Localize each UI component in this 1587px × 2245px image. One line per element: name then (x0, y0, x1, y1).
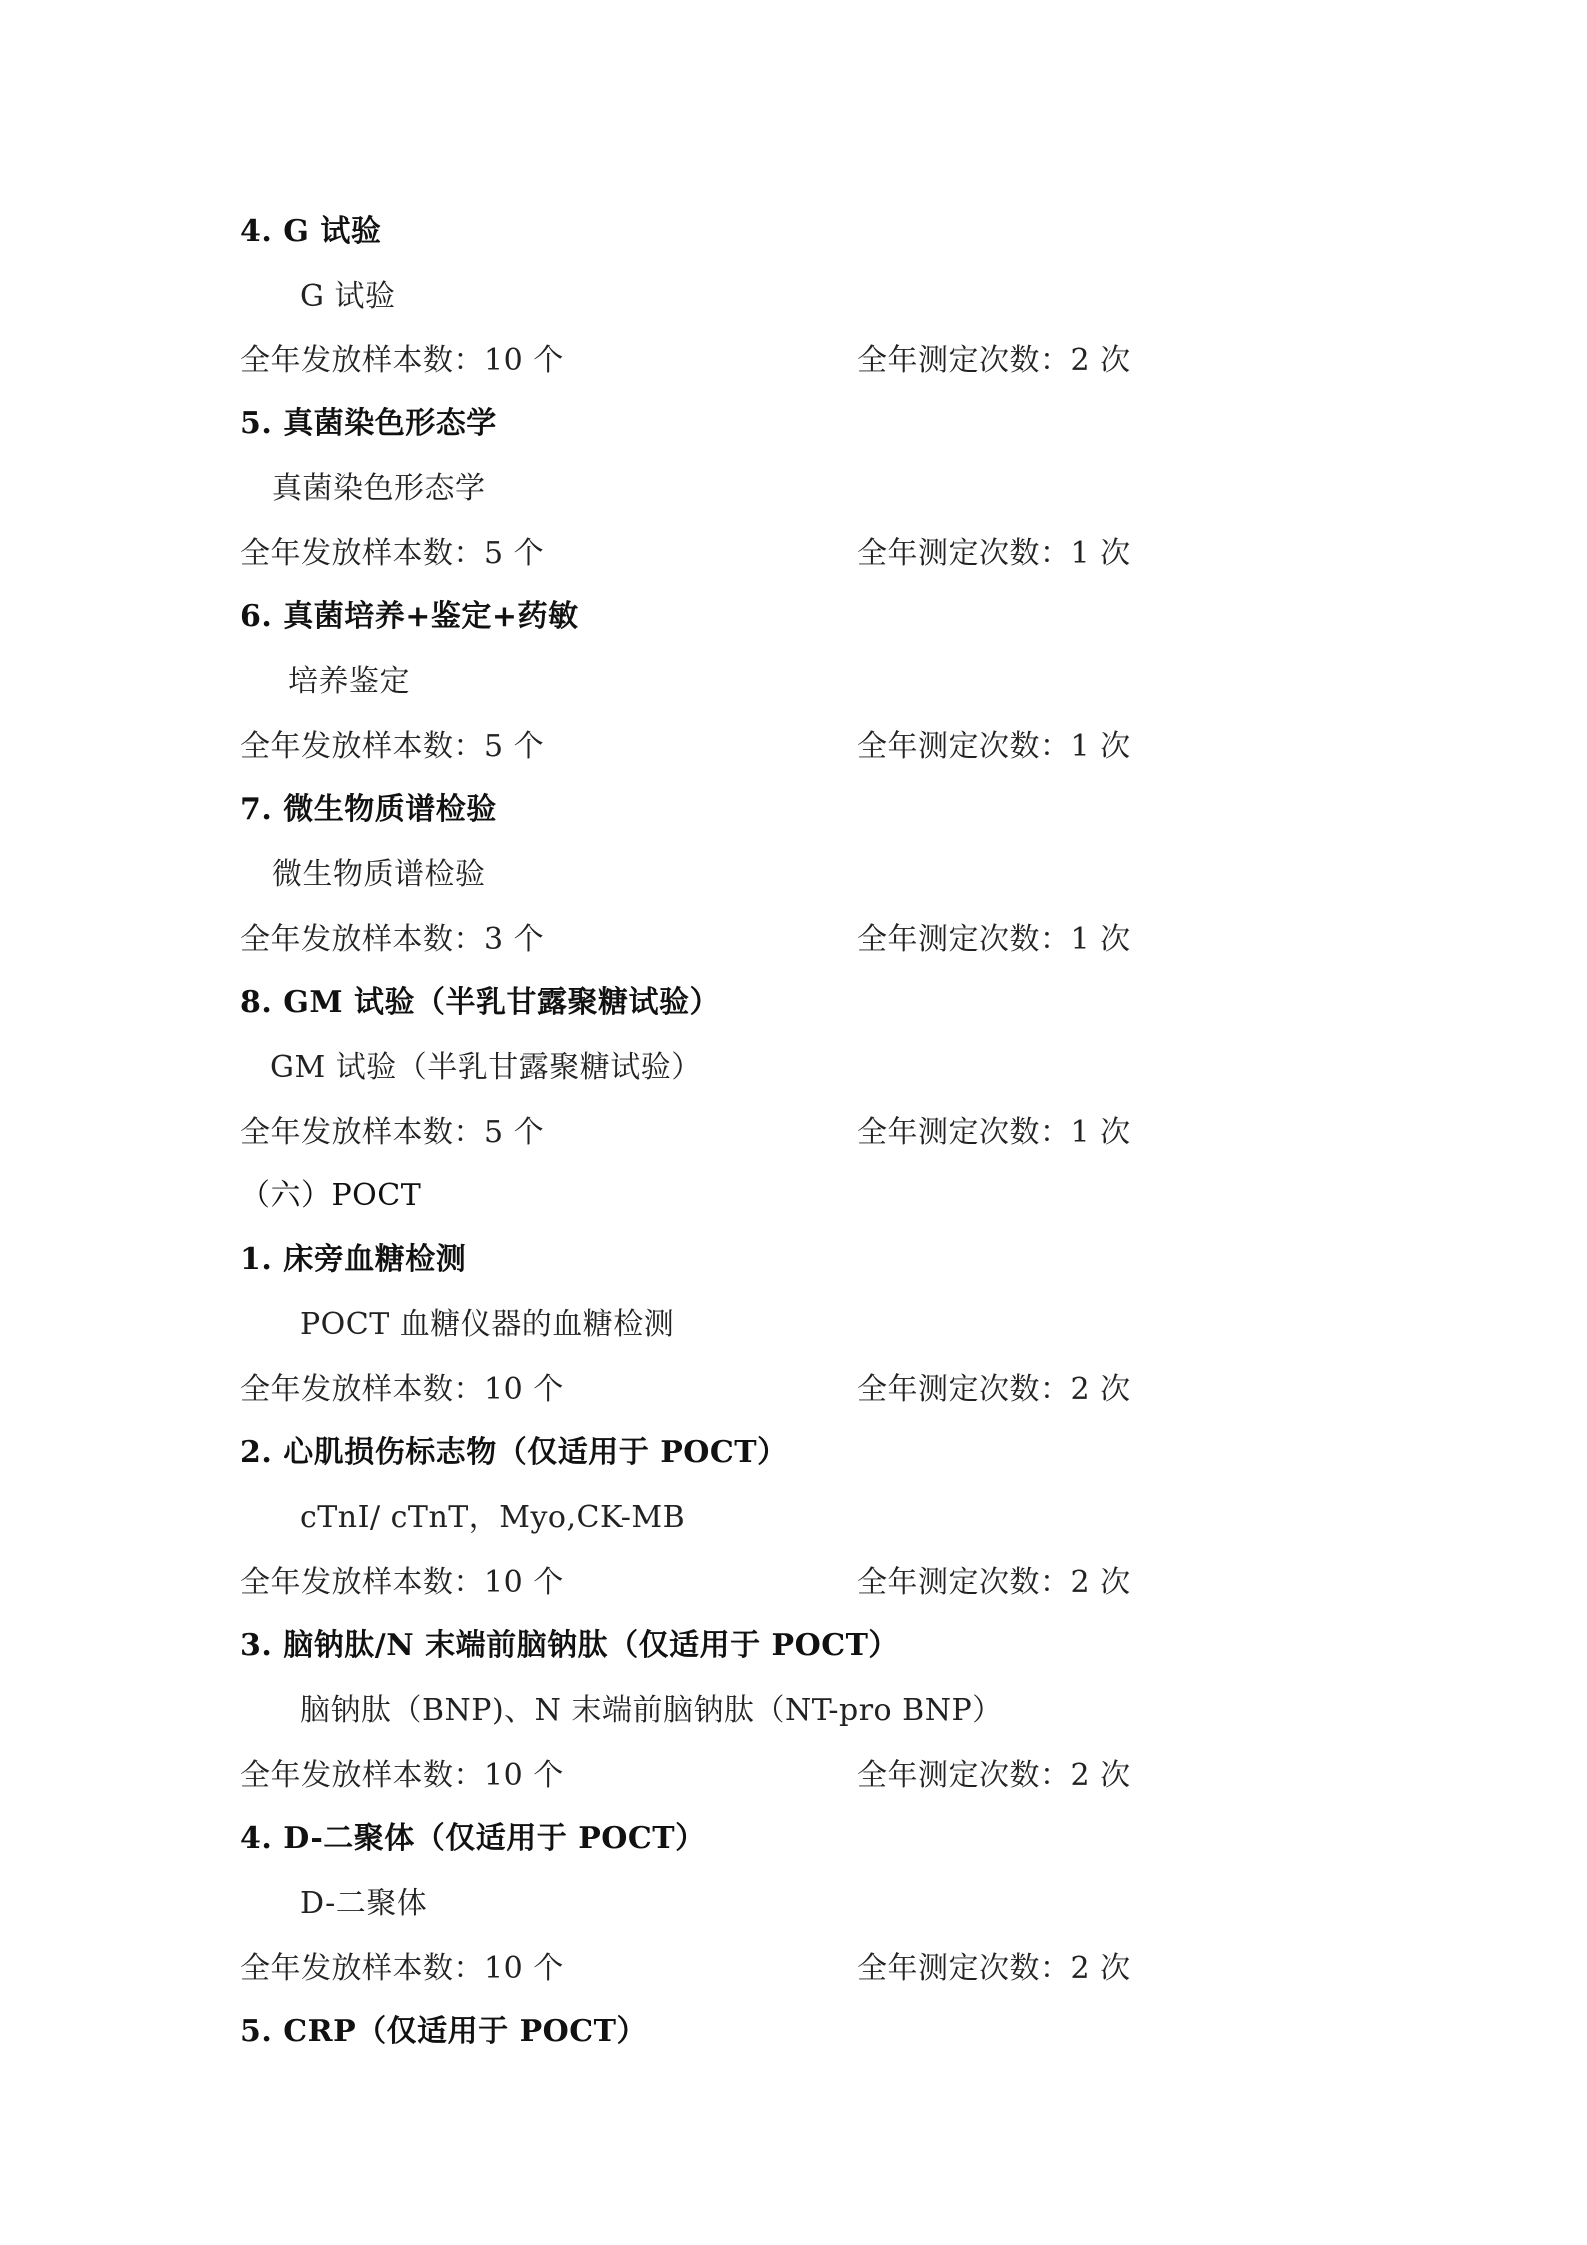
annual-samples: 全年发放样本数：5 个 (240, 534, 544, 574)
annual-samples: 全年发放样本数：10 个 (240, 341, 564, 381)
annual-samples: 全年发放样本数：10 个 (240, 1949, 564, 1989)
annual-tests: 全年测定次数：2 次 (857, 1370, 1131, 1410)
item-description-mass-spec: 微生物质谱检验 (272, 855, 486, 895)
item-heading-cardiac-markers: 2. 心肌损伤标志物（仅适用于 POCT） (240, 1433, 788, 1473)
annual-tests: 全年测定次数：1 次 (857, 727, 1131, 767)
annual-samples: 全年发放样本数：3 个 (240, 920, 544, 960)
item-description-fungal-culture: 培养鉴定 (288, 662, 410, 702)
annual-samples: 全年发放样本数：10 个 (240, 1563, 564, 1603)
annual-tests: 全年测定次数：2 次 (857, 1563, 1131, 1603)
item-heading-gm-test: 8. GM 试验（半乳甘露聚糖试验） (240, 983, 720, 1023)
annual-samples: 全年发放样本数：10 个 (240, 1370, 564, 1410)
annual-samples: 全年发放样本数：5 个 (240, 1113, 544, 1153)
annual-tests: 全年测定次数：2 次 (857, 1949, 1131, 1989)
item-heading-g-test: 4. G 试验 (240, 212, 381, 252)
document-page: 4. G 试验 G 试验 全年发放样本数：10 个 全年测定次数：2 次 5. … (0, 0, 1587, 2245)
item-stats-g-test: 全年发放样本数：10 个 全年测定次数：2 次 (240, 341, 1240, 381)
annual-samples: 全年发放样本数：10 个 (240, 1756, 564, 1796)
item-description-g-test: G 试验 (300, 277, 396, 317)
item-description-gm-test: GM 试验（半乳甘露聚糖试验） (270, 1048, 702, 1088)
annual-tests: 全年测定次数：2 次 (857, 341, 1131, 381)
annual-tests: 全年测定次数：1 次 (857, 534, 1131, 574)
item-heading-mass-spec: 7. 微生物质谱检验 (240, 790, 497, 830)
item-stats-mass-spec: 全年发放样本数：3 个 全年测定次数：1 次 (240, 920, 1240, 960)
item-description-cardiac-markers: cTnI/ cTnT，Myo,CK-MB (300, 1498, 685, 1538)
item-description-bedside-glucose: POCT 血糖仪器的血糖检测 (300, 1305, 674, 1345)
item-stats-gm-test: 全年发放样本数：5 个 全年测定次数：1 次 (240, 1113, 1240, 1153)
item-description-bnp: 脑钠肽（BNP)、N 末端前脑钠肽（NT-pro BNP） (300, 1691, 1003, 1731)
item-heading-bnp: 3. 脑钠肽/N 末端前脑钠肽（仅适用于 POCT） (240, 1626, 899, 1666)
item-stats-d-dimer: 全年发放样本数：10 个 全年测定次数：2 次 (240, 1949, 1240, 1989)
section-heading-poct: （六）POCT (240, 1176, 421, 1216)
item-stats-fungal-culture: 全年发放样本数：5 个 全年测定次数：1 次 (240, 727, 1240, 767)
annual-samples: 全年发放样本数：5 个 (240, 727, 544, 767)
annual-tests: 全年测定次数：1 次 (857, 920, 1131, 960)
item-description-d-dimer: D-二聚体 (300, 1884, 427, 1924)
item-stats-fungal-stain: 全年发放样本数：5 个 全年测定次数：1 次 (240, 534, 1240, 574)
item-stats-bedside-glucose: 全年发放样本数：10 个 全年测定次数：2 次 (240, 1370, 1240, 1410)
item-description-fungal-stain: 真菌染色形态学 (272, 469, 486, 509)
item-heading-d-dimer: 4. D-二聚体（仅适用于 POCT） (240, 1819, 706, 1859)
annual-tests: 全年测定次数：2 次 (857, 1756, 1131, 1796)
item-stats-bnp: 全年发放样本数：10 个 全年测定次数：2 次 (240, 1756, 1240, 1796)
item-heading-fungal-culture: 6. 真菌培养+鉴定+药敏 (240, 597, 579, 637)
item-stats-cardiac-markers: 全年发放样本数：10 个 全年测定次数：2 次 (240, 1563, 1240, 1603)
item-heading-bedside-glucose: 1. 床旁血糖检测 (240, 1240, 466, 1280)
item-heading-crp: 5. CRP（仅适用于 POCT） (240, 2012, 647, 2052)
item-heading-fungal-stain: 5. 真菌染色形态学 (240, 404, 497, 444)
annual-tests: 全年测定次数：1 次 (857, 1113, 1131, 1153)
